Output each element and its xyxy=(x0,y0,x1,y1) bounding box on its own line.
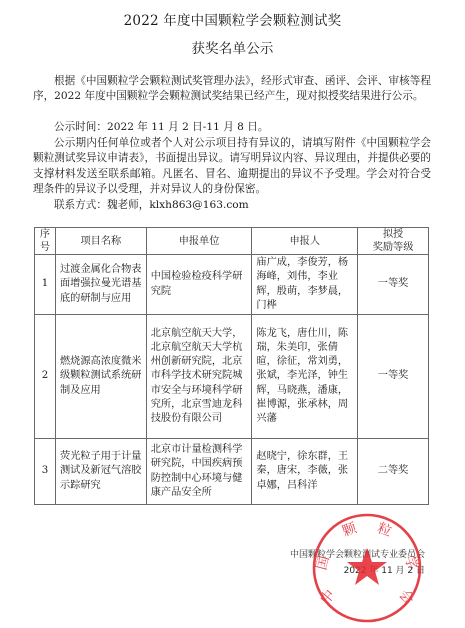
row-no: 2 xyxy=(35,315,56,439)
official-seal-icon: 中 国 颗 粒 学 会 xyxy=(311,512,423,624)
row-unit: 中国检验检疫科学研究院 xyxy=(146,255,252,315)
table-row: 3 荧光粒子用于计量测试及新冠气溶胶示踪研究 北京市计量检测科学研究院，中国疾病… xyxy=(35,439,429,505)
page-subtitle: 获奖名单公示 xyxy=(0,37,465,57)
intro-paragraph: 根据《中国颗粒学会颗粒测试奖管理办法》，经形式审查、函评、会评、审核等程序，20… xyxy=(33,74,431,105)
row-project: 燃烧源高浓度微米级颗粒测试系统研制及应用 xyxy=(55,315,146,439)
row-applicants: 庙广成，李俊芳，杨海峰，刘伟，李业辉，殷萌，李梦晨，门桦 xyxy=(252,255,358,315)
awards-table: 序号 项目名称 申报单位 申报人 拟授奖励等级 1 过渡金属化合物表面增强拉曼光… xyxy=(34,227,429,505)
row-no: 1 xyxy=(35,255,56,315)
row-applicants: 赵晓宁，徐东群，王秦，唐宋，李薇，张卓娜，吕科洋 xyxy=(252,439,358,505)
header-project: 项目名称 xyxy=(55,228,146,255)
svg-text:国: 国 xyxy=(314,554,333,572)
contact-info: 联系方式：魏老师，klxh863@163.com xyxy=(33,198,431,213)
svg-text:颗: 颗 xyxy=(340,520,360,540)
row-unit: 北京航空航天大学，北京航空航天大学杭州创新研究院，北京市科学技术研究院城市安全与… xyxy=(146,315,252,439)
table-header-row: 序号 项目名称 申报单位 申报人 拟授奖励等级 xyxy=(35,228,429,255)
row-award: 一等奖 xyxy=(358,315,429,439)
row-award: 二等奖 xyxy=(358,439,429,505)
svg-text:粒: 粒 xyxy=(375,519,394,540)
row-unit: 北京市计量检测科学研究院，中国疾病预防控制中心环境与健康产品安全所 xyxy=(146,439,252,505)
table-row: 1 过渡金属化合物表面增强拉曼光谱基底的研制与应用 中国检验检疫科学研究院 庙广… xyxy=(35,255,429,315)
page-title: 2022 年度中国颗粒学会颗粒测试奖 xyxy=(0,9,465,29)
header-award: 拟授奖励等级 xyxy=(358,228,429,255)
row-applicants: 陈龙飞，唐仕川，陈瑞，朱美印，张倩暄，徐征，常刘勇，张斌，李光泽，钟生辉，马晓燕… xyxy=(252,315,358,439)
header-applicants: 申报人 xyxy=(252,228,358,255)
row-project: 荧光粒子用于计量测试及新冠气溶胶示踪研究 xyxy=(55,439,146,505)
header-unit: 申报单位 xyxy=(146,228,252,255)
svg-text:学: 学 xyxy=(401,553,421,572)
objection-paragraph: 公示期内任何单位或者个人对公示项目持有异议的，请填写附件《中国颗粒学会颗粒测试奖… xyxy=(33,136,431,198)
header-no: 序号 xyxy=(35,228,56,255)
row-project: 过渡金属化合物表面增强拉曼光谱基底的研制与应用 xyxy=(55,255,146,315)
row-award: 一等奖 xyxy=(358,255,429,315)
row-no: 3 xyxy=(35,439,56,505)
notice-period: 公示时间：2022 年 11 月 2 日-11 月 8 日。 xyxy=(33,120,431,135)
table-row: 2 燃烧源高浓度微米级颗粒测试系统研制及应用 北京航空航天大学，北京航空航天大学… xyxy=(35,315,429,439)
svg-text:会: 会 xyxy=(395,587,416,608)
